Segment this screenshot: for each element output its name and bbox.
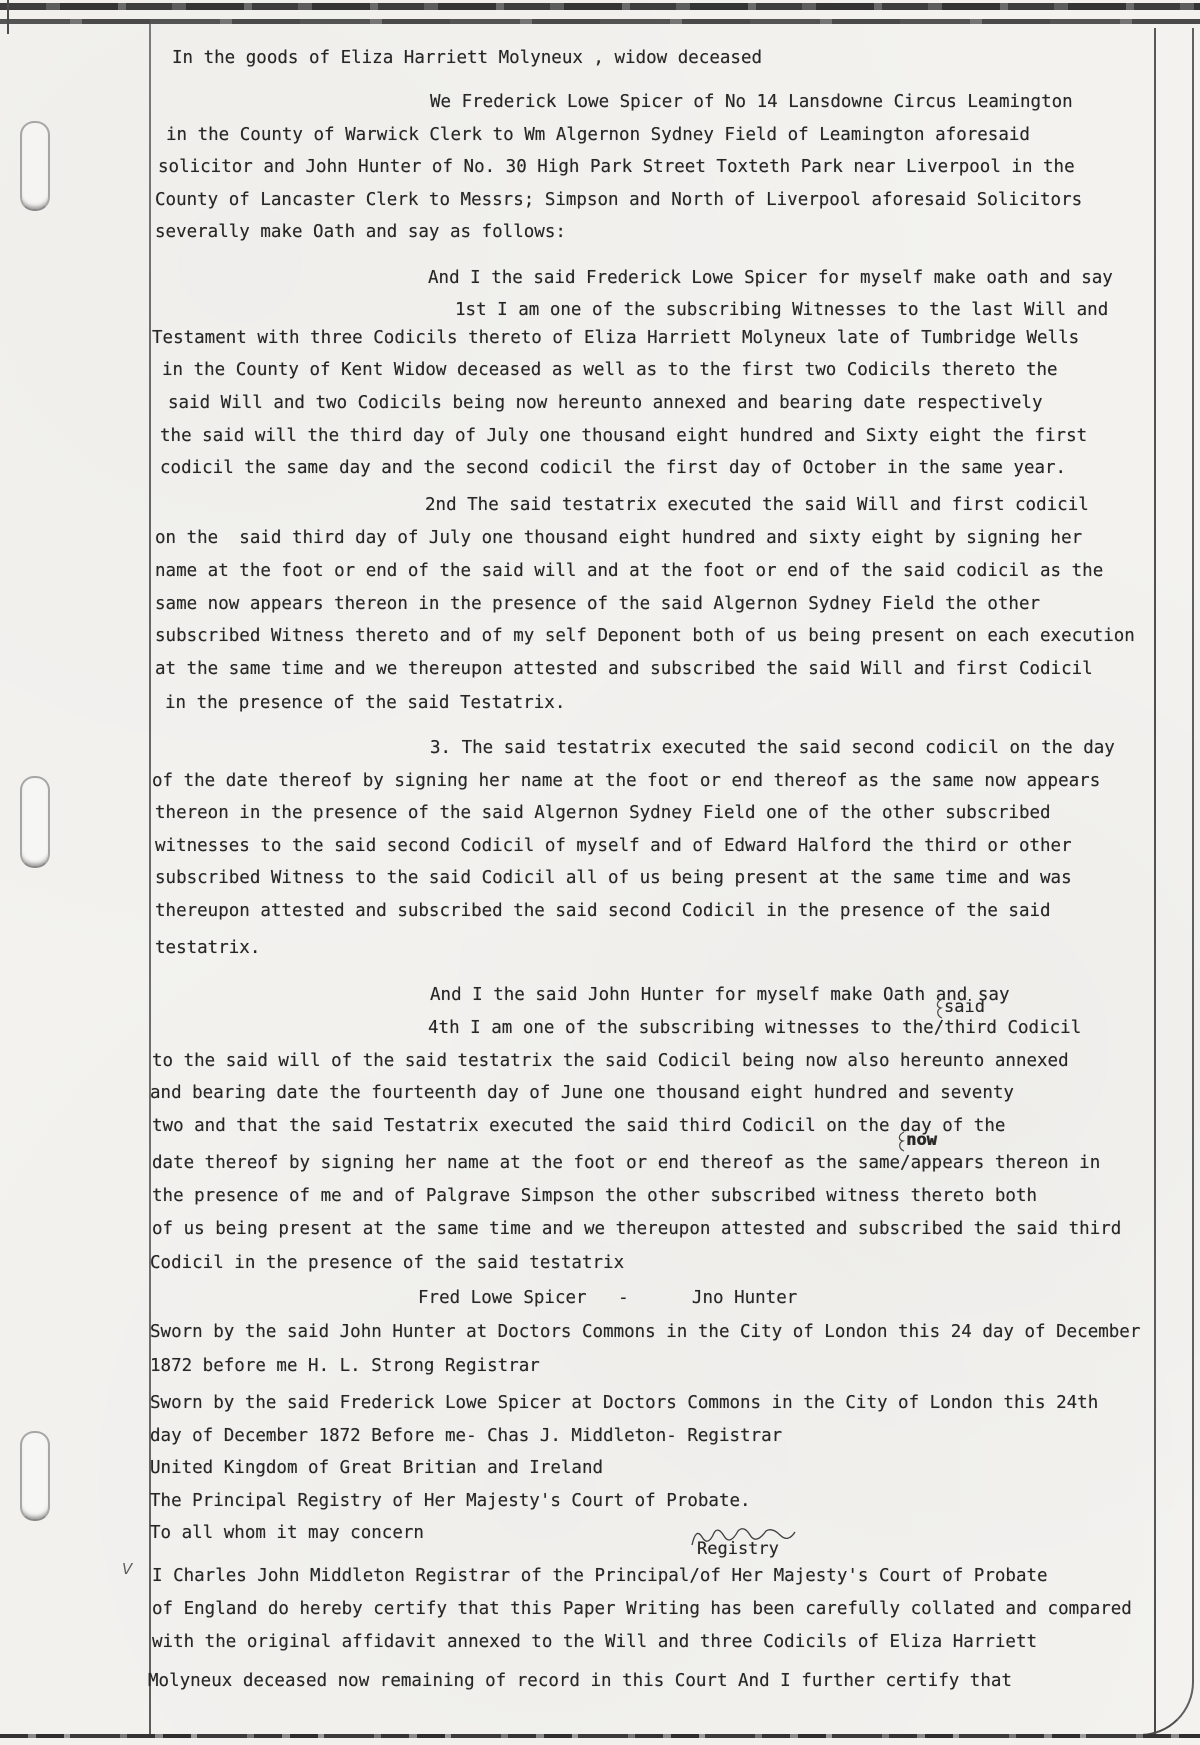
- text-line: Sworn by the said Frederick Lowe Spicer …: [150, 1393, 1098, 1413]
- punch-hole: [20, 776, 50, 868]
- text-line: subscribed Witness to the said Codicil a…: [155, 868, 1072, 888]
- scan-edge-band-second: [0, 19, 1200, 24]
- underlying-page-corner: [1100, 28, 1194, 1736]
- text-line: thereupon attested and subscribed the sa…: [155, 901, 1051, 921]
- text-line: witnesses to the said second Codicil of …: [155, 836, 1072, 856]
- text-line: to the said will of the said testatrix t…: [152, 1051, 1069, 1071]
- text-line: The Principal Registry of Her Majesty's …: [150, 1491, 751, 1511]
- text-line: 4th I am one of the subscribing witnesse…: [428, 1018, 1081, 1038]
- text-line: of us being present at the same time and…: [152, 1219, 1121, 1239]
- text-line: codicil the same day and the second codi…: [160, 458, 1066, 478]
- text-line: United Kingdom of Great Britian and Irel…: [150, 1458, 603, 1478]
- text-line: severally make Oath and say as follows:: [155, 222, 566, 242]
- text-line: In the goods of Eliza Harriett Molyneux …: [172, 48, 762, 68]
- text-line: with the original affidavit annexed to t…: [152, 1632, 1037, 1652]
- text-line: in the County of Kent Widow deceased as …: [162, 360, 1058, 380]
- text-line: Molyneux deceased now remaining of recor…: [148, 1671, 1012, 1691]
- text-line: on the said third day of July one thousa…: [155, 528, 1082, 548]
- text-line: and bearing date the fourteenth day of J…: [150, 1083, 1014, 1103]
- text-line: at the same time and we thereupon attest…: [155, 659, 1093, 679]
- text-line: in the presence of the said Testatrix.: [165, 693, 565, 713]
- text-line: 1872 before me H. L. Strong Registrar: [150, 1356, 540, 1376]
- caret-mark-icon: [933, 997, 944, 1024]
- left-margin-rule: [149, 24, 151, 1736]
- caret-mark-icon: [895, 1130, 906, 1157]
- interlineation-now: now: [906, 1131, 937, 1150]
- scan-edge-band-top: [0, 3, 1200, 10]
- punch-hole: [20, 1431, 50, 1521]
- text-line: I Charles John Middleton Registrar of th…: [152, 1566, 1048, 1586]
- text-line: subscribed Witness thereto and of my sel…: [155, 626, 1135, 646]
- text-line: the said will the third day of July one …: [160, 426, 1087, 446]
- text-line: Sworn by the said John Hunter at Doctors…: [150, 1322, 1140, 1342]
- text-line: two and that the said Testatrix executed…: [152, 1116, 1005, 1136]
- text-line: We Frederick Lowe Spicer of No 14 Lansdo…: [430, 92, 1073, 112]
- text-line: same now appears thereon in the presence…: [155, 594, 1040, 614]
- punch-hole: [20, 121, 50, 211]
- text-line: the presence of me and of Palgrave Simps…: [152, 1186, 1037, 1206]
- scan-edge-band-bottom: [0, 1734, 1200, 1738]
- text-line: To all whom it may concern: [150, 1523, 424, 1543]
- text-line: of the date thereof by signing her name …: [152, 771, 1100, 791]
- interlineation-said: said: [944, 998, 985, 1017]
- text-line: 2nd The said testatrix executed the said…: [425, 495, 1089, 515]
- text-line: Codicil in the presence of the said test…: [150, 1253, 624, 1273]
- text-line: 1st I am one of the subscribing Witnesse…: [455, 300, 1108, 320]
- text-line: Fred Lowe Spicer - Jno Hunter: [418, 1288, 797, 1308]
- scanned-page: In the goods of Eliza Harriett Molyneux …: [0, 0, 1200, 1745]
- text-line: day of December 1872 Before me- Chas J. …: [150, 1426, 782, 1446]
- text-line: of England do hereby certify that this P…: [152, 1599, 1132, 1619]
- text-line: Testament with three Codicils thereto of…: [152, 328, 1079, 348]
- text-line: in the County of Warwick Clerk to Wm Alg…: [166, 125, 1030, 145]
- text-line: And I the said John Hunter for myself ma…: [430, 985, 1009, 1005]
- text-line: testatrix.: [155, 938, 260, 958]
- text-line: solicitor and John Hunter of No. 30 High…: [158, 157, 1075, 177]
- scan-corner-mark: [7, 0, 9, 34]
- text-line: 3. The said testatrix executed the said …: [430, 738, 1115, 758]
- text-line: said Will and two Codicils being now her…: [168, 393, 1042, 413]
- text-line: And I the said Frederick Lowe Spicer for…: [428, 268, 1113, 288]
- text-line: date thereof by signing her name at the …: [152, 1153, 1100, 1173]
- scrawl-mark-icon: [689, 1525, 801, 1552]
- text-line: name at the foot or end of the said will…: [155, 561, 1103, 581]
- text-line: County of Lancaster Clerk to Messrs; Sim…: [155, 190, 1082, 210]
- interlineation-registry: Registry: [697, 1540, 779, 1559]
- margin-check-mark: V: [122, 1560, 132, 1578]
- text-line: thereon in the presence of the said Alge…: [155, 803, 1051, 823]
